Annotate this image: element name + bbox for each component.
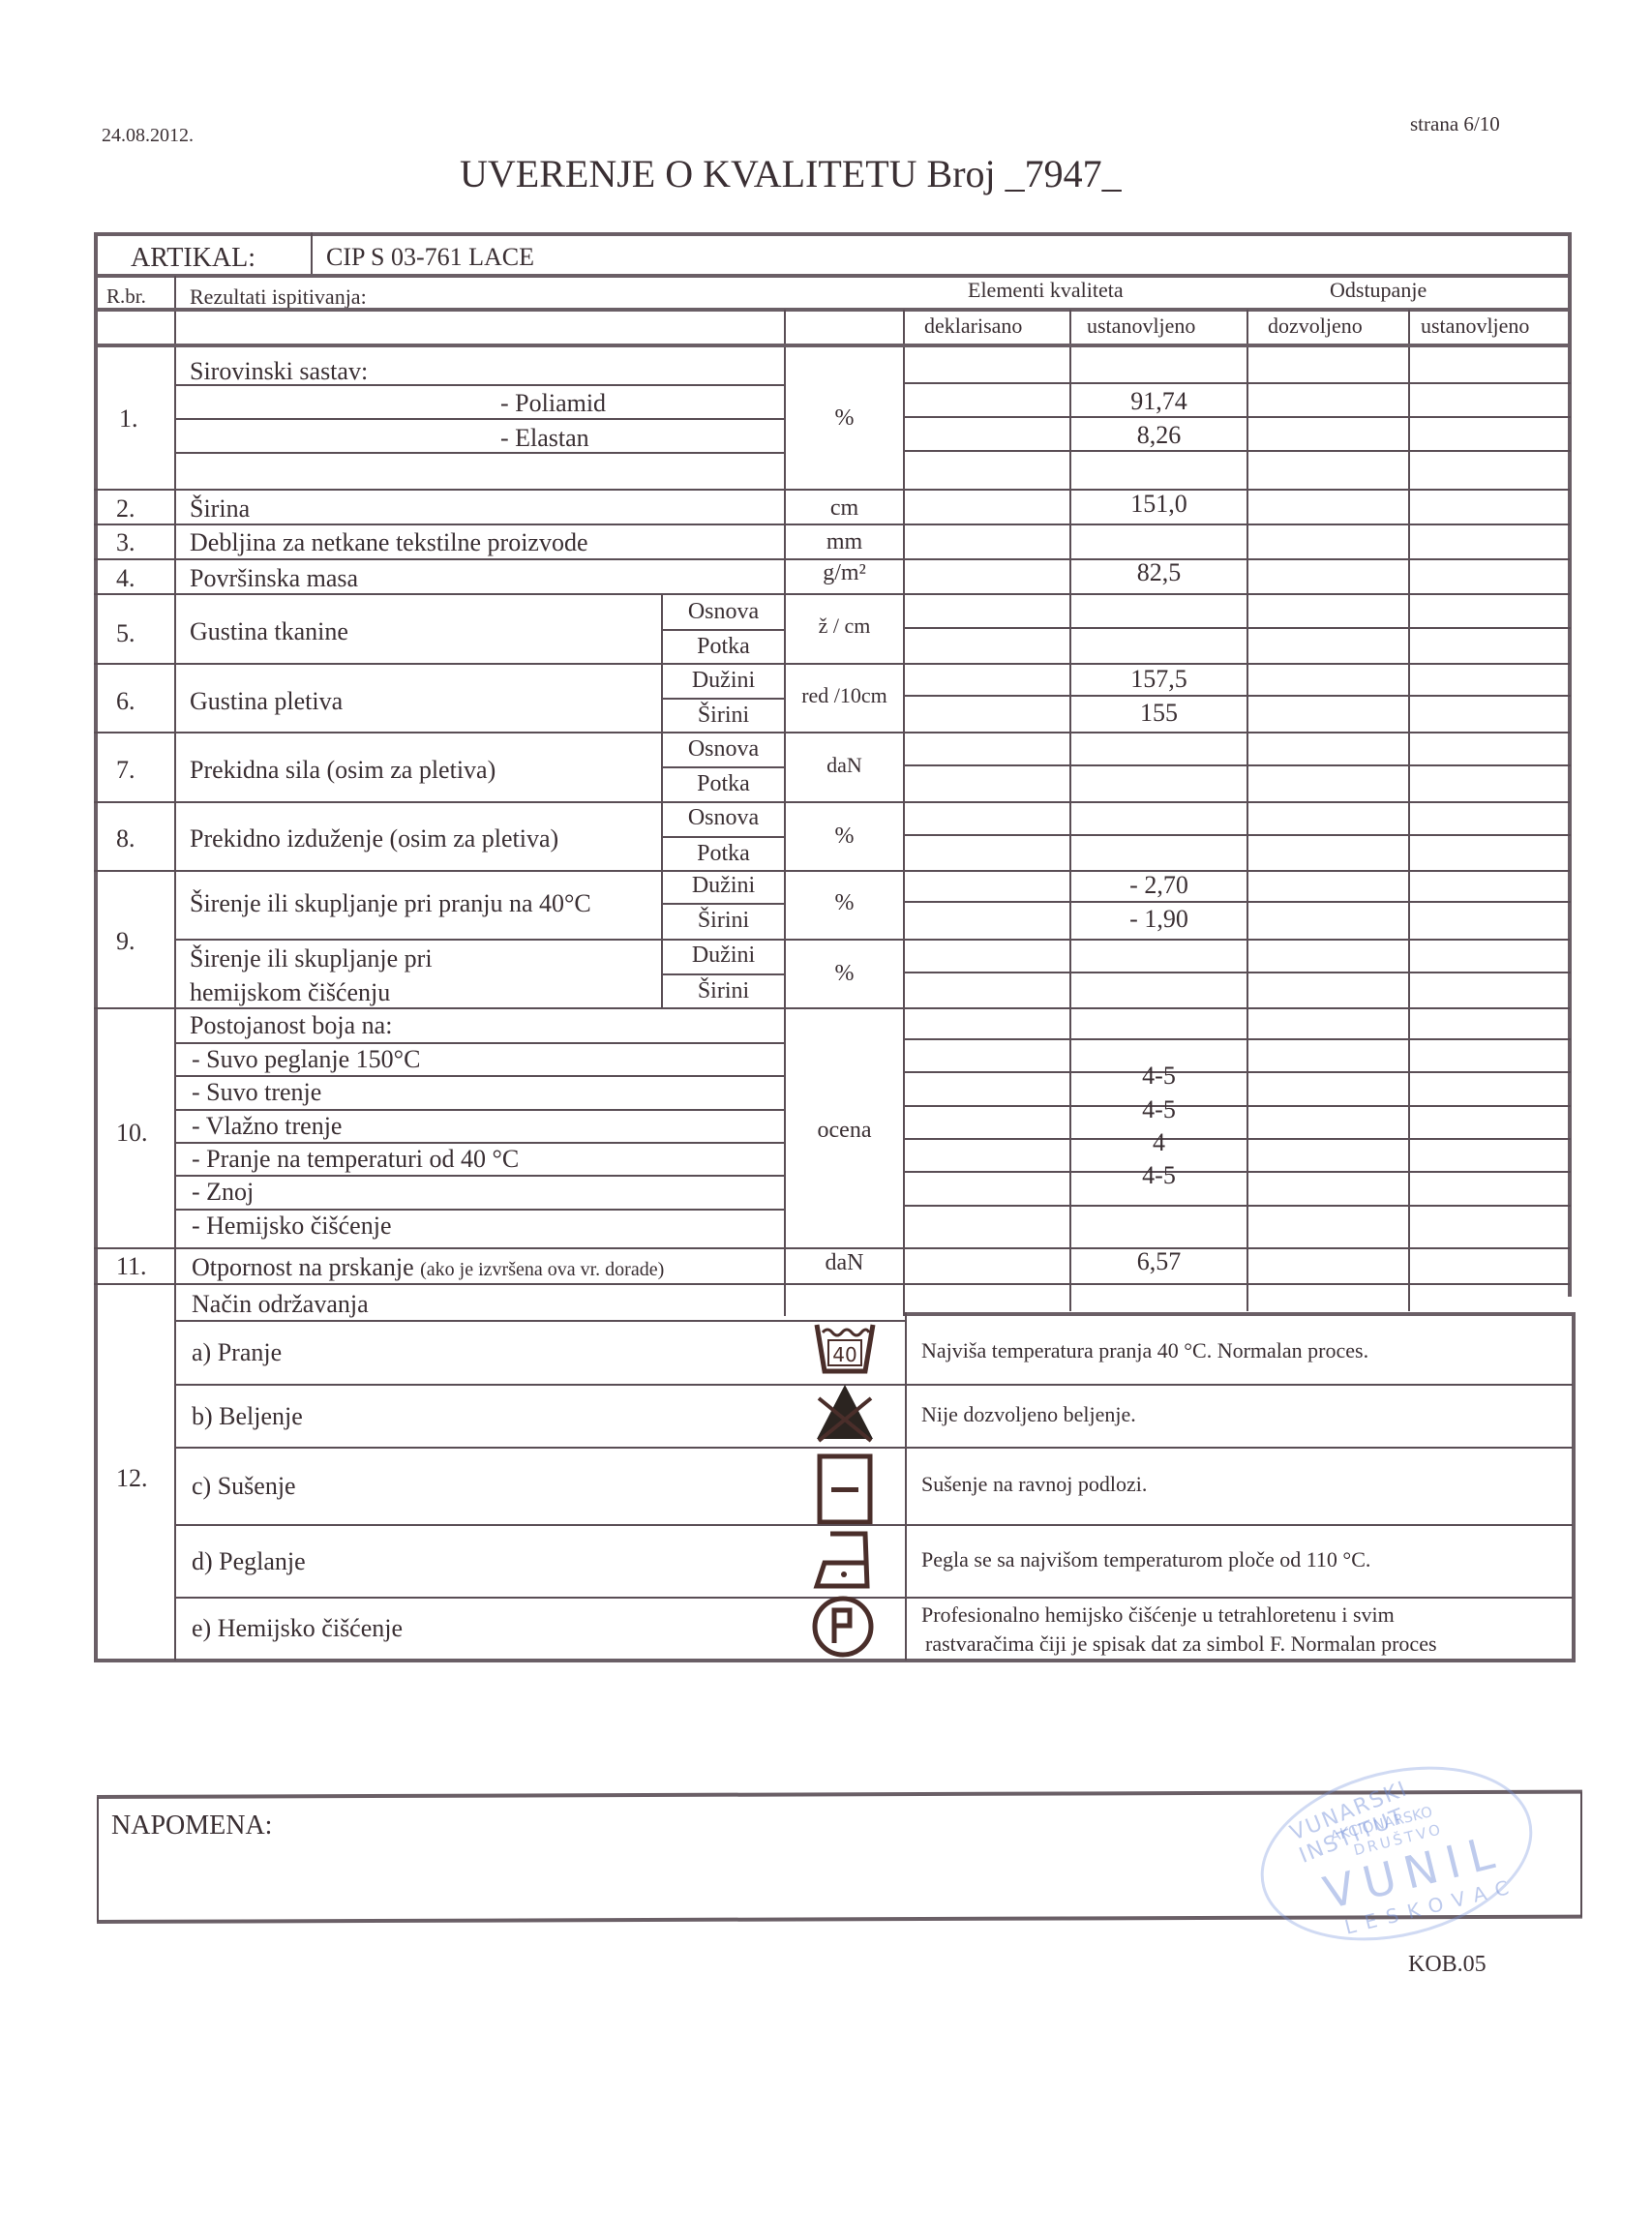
row-10-item: - Suvo peglanje 150°C bbox=[192, 1047, 420, 1072]
row-9a-sub-sirini: Širini bbox=[663, 909, 784, 932]
row-2-value: 151,0 bbox=[1071, 492, 1247, 517]
row-7-label: Prekidna sila (osim za pletiva) bbox=[190, 758, 496, 783]
row-10-value: 4-5 bbox=[1071, 1163, 1247, 1188]
header-rbr: R.br. bbox=[106, 286, 146, 307]
row-10-label: Postojanost boja na: bbox=[190, 1013, 392, 1038]
care-item-description: Sušenje na ravnoj podlozi. bbox=[921, 1474, 1147, 1495]
row-1-sub-elastan: - Elastan bbox=[500, 426, 589, 451]
row-10-divider bbox=[174, 1075, 784, 1077]
header-established: ustanovljeno bbox=[1087, 315, 1195, 337]
row-12-num: 12. bbox=[116, 1466, 148, 1491]
row-10-value: 4 bbox=[1071, 1130, 1247, 1155]
row-5-unit: ž / cm bbox=[786, 615, 903, 637]
row-7-num: 7. bbox=[116, 758, 135, 783]
row-12-label: Način održavanja bbox=[192, 1292, 369, 1317]
care-item-description: Najviša temperatura pranja 40 °C. Normal… bbox=[921, 1340, 1368, 1362]
row-9b-label-line1: Širenje ili skupljanje pri bbox=[190, 946, 433, 972]
row-9a-sub-duzini: Dužini bbox=[663, 874, 784, 897]
row-12-divider bbox=[174, 1447, 1573, 1449]
row-10-num: 10. bbox=[116, 1121, 148, 1146]
care-item-description-line1: Profesionalno hemijsko čišćenje u tetrah… bbox=[921, 1604, 1395, 1626]
row-10-item: - Pranje na temperaturi od 40 °C bbox=[192, 1147, 519, 1172]
row-4-unit: g/m² bbox=[786, 561, 903, 584]
row-1-sub-poliamid: - Poliamid bbox=[500, 391, 606, 416]
row-8-sub-osnova: Osnova bbox=[663, 806, 784, 829]
row-9a-unit: % bbox=[786, 891, 903, 914]
row-8-label: Prekidno izduženje (osim za pletiva) bbox=[190, 826, 558, 852]
header-results: Rezultati ispitivanja: bbox=[190, 286, 367, 308]
row-10-divider bbox=[174, 1142, 784, 1144]
row-11-note: (ako je izvršena ova vr. dorade) bbox=[420, 1259, 664, 1280]
row-7-sub-potka: Potka bbox=[663, 772, 784, 795]
row-6-sub-duzini: Dužini bbox=[663, 669, 784, 692]
page-number: strana 6/10 bbox=[1410, 114, 1500, 135]
row-7-unit: daN bbox=[786, 755, 903, 776]
care-item-description-line2: rastvaračima čiji je spisak dat za simbo… bbox=[925, 1633, 1437, 1655]
care-item-label: a) Pranje bbox=[192, 1340, 282, 1365]
row-9a-label: Širenje ili skupljanje pri pranju na 40°… bbox=[190, 891, 591, 916]
care-item-label: d) Peglanje bbox=[192, 1549, 306, 1574]
row-6-value-duzini: 157,5 bbox=[1071, 667, 1247, 692]
row-11-num: 11. bbox=[116, 1254, 147, 1279]
row-5-sub-potka: Potka bbox=[663, 635, 784, 658]
row-9a-value-sirini: - 1,90 bbox=[1071, 907, 1247, 932]
article-label: ARTIKAL: bbox=[131, 245, 255, 272]
row-9b-unit: % bbox=[786, 962, 903, 985]
document-title: UVERENJE O KVALITETU Broj _7947_ bbox=[460, 155, 1122, 194]
row-10-divider bbox=[174, 1209, 784, 1211]
row-3-unit: mm bbox=[786, 530, 903, 554]
row-5-label: Gustina tkanine bbox=[190, 619, 348, 644]
care-item-label: e) Hemijsko čišćenje bbox=[192, 1616, 403, 1641]
form-code: KOB.05 bbox=[1408, 1953, 1487, 1976]
row-10-item: - Znoj bbox=[192, 1180, 254, 1205]
header-allowed: dozvoljeno bbox=[1268, 315, 1363, 337]
row-9b-sub-sirini: Širini bbox=[663, 979, 784, 1003]
institute-stamp: VUNARSKI INSTITUT AKCIONARSKO DRUŠTVO VU… bbox=[1243, 1740, 1551, 1967]
row-10-item: - Suvo trenje bbox=[192, 1080, 321, 1105]
row-9b-sub-duzini: Dužini bbox=[663, 943, 784, 967]
header-established-deviation: ustanovljeno bbox=[1421, 315, 1529, 337]
row-2-label: Širina bbox=[190, 496, 250, 522]
row-6-label: Gustina pletiva bbox=[190, 689, 343, 714]
row-4-num: 4. bbox=[116, 566, 135, 591]
row-10-value-divider bbox=[903, 1038, 1571, 1040]
header-declared: deklarisano bbox=[924, 315, 1022, 337]
row-9a-value-duzini: - 2,70 bbox=[1071, 873, 1247, 898]
row-5-num: 5. bbox=[116, 621, 135, 646]
row-8-unit: % bbox=[786, 824, 903, 848]
row-6-value-sirini: 155 bbox=[1071, 701, 1247, 726]
article-value: CIP S 03-761 LACE bbox=[326, 245, 534, 270]
row-8-num: 8. bbox=[116, 826, 135, 852]
row-3-num: 3. bbox=[116, 530, 135, 555]
row-7-sub-osnova: Osnova bbox=[663, 737, 784, 761]
row-10-unit: ocena bbox=[786, 1119, 903, 1142]
wash-40-icon: 40 bbox=[811, 1319, 879, 1382]
row-6-unit: red /10cm bbox=[786, 685, 903, 706]
row-8-sub-potka: Potka bbox=[663, 842, 784, 865]
row-1-value-elastan: 8,26 bbox=[1071, 423, 1247, 448]
row-4-label: Površinska masa bbox=[190, 566, 358, 591]
row-1-num: 1. bbox=[119, 406, 138, 432]
dry-flat-icon bbox=[816, 1452, 874, 1531]
row-5-sub-osnova: Osnova bbox=[663, 600, 784, 623]
row-2-unit: cm bbox=[786, 496, 903, 520]
care-item-description: Nije dozvoljeno beljenje. bbox=[921, 1404, 1136, 1425]
care-item-description: Pegla se sa najvišom temperaturom ploče … bbox=[921, 1549, 1370, 1571]
row-10-divider bbox=[174, 1109, 784, 1111]
header-elements: Elementi kvaliteta bbox=[968, 280, 1124, 301]
note-label: NAPOMENA: bbox=[111, 1812, 272, 1840]
row-1-value-poliamid: 91,74 bbox=[1071, 389, 1247, 414]
row-12-divider bbox=[174, 1524, 1573, 1526]
row-11-label-main: Otpornost na prskanje bbox=[192, 1253, 414, 1281]
row-9-num: 9. bbox=[116, 929, 135, 954]
care-item-label: c) Sušenje bbox=[192, 1474, 296, 1499]
row-10-value-divider bbox=[903, 1205, 1571, 1207]
row-4-value: 82,5 bbox=[1071, 560, 1247, 585]
row-10-divider bbox=[174, 1175, 784, 1177]
row-6-sub-sirini: Širini bbox=[663, 703, 784, 727]
row-10-item: - Hemijsko čišćenje bbox=[192, 1213, 392, 1239]
row-9b-label-line2: hemijskom čišćenju bbox=[190, 980, 390, 1005]
row-1-unit: % bbox=[786, 406, 903, 430]
row-10-item: - Vlažno trenje bbox=[192, 1114, 342, 1139]
row-10-value: 4-5 bbox=[1071, 1063, 1247, 1089]
row-2-num: 2. bbox=[116, 496, 135, 522]
header-deviation: Odstupanje bbox=[1330, 280, 1427, 301]
document-date: 24.08.2012. bbox=[102, 126, 194, 145]
care-item-label: b) Beljenje bbox=[192, 1404, 303, 1429]
iron-low-icon bbox=[811, 1528, 879, 1597]
svg-text:40: 40 bbox=[832, 1343, 856, 1366]
row-3-label: Debljina za netkane tekstilne proizvode bbox=[190, 530, 588, 555]
row-11-value: 6,57 bbox=[1071, 1249, 1247, 1274]
row-11-label: Otpornost na prskanje (ako je izvršena o… bbox=[192, 1255, 664, 1280]
dryclean-p-icon bbox=[811, 1595, 875, 1663]
row-6-num: 6. bbox=[116, 689, 135, 714]
row-1-label: Sirovinski sastav: bbox=[190, 359, 368, 384]
row-10-value: 4-5 bbox=[1071, 1097, 1247, 1122]
no-bleach-icon bbox=[811, 1383, 879, 1448]
row-10-divider bbox=[174, 1042, 784, 1044]
row-11-unit: daN bbox=[786, 1251, 903, 1274]
